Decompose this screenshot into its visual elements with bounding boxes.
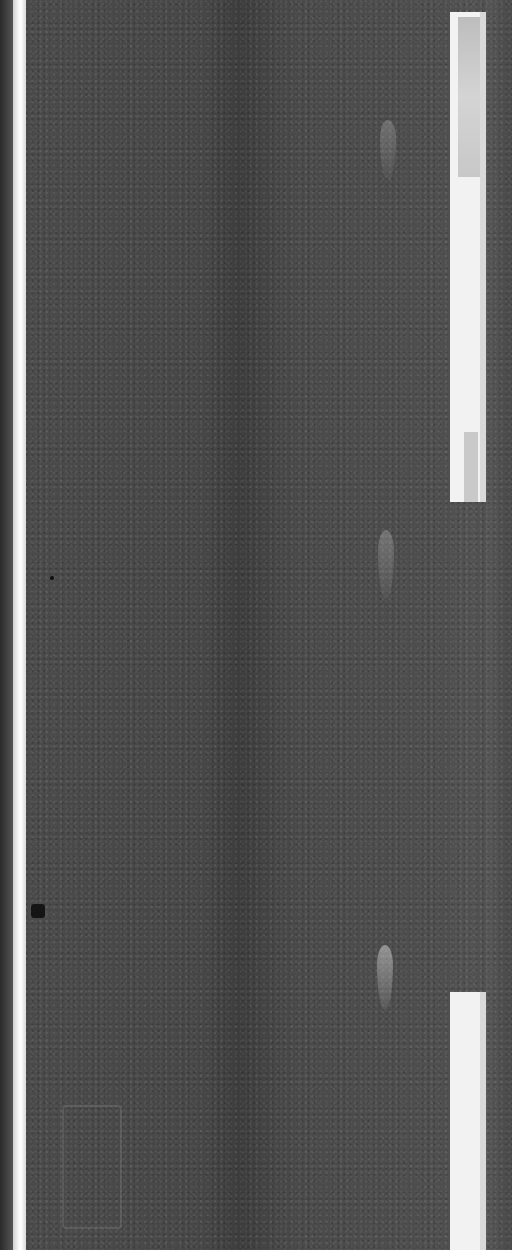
lane-dash-top [450, 12, 486, 502]
adjacent-lane [486, 0, 512, 1250]
wheel-wear-track [200, 0, 280, 1250]
road-edge [0, 0, 13, 1250]
pothole [31, 904, 45, 918]
surface-smudge [378, 530, 394, 600]
worn-paint [464, 432, 478, 502]
faint-road-marking [62, 1105, 122, 1229]
solid-edge-line [13, 0, 26, 1250]
surface-smudge [380, 120, 396, 180]
road-surface [0, 0, 512, 1250]
debris-speck [50, 576, 54, 580]
surface-smudge [377, 945, 393, 1010]
lane-dash-bottom [450, 992, 486, 1250]
worn-paint [458, 17, 480, 177]
